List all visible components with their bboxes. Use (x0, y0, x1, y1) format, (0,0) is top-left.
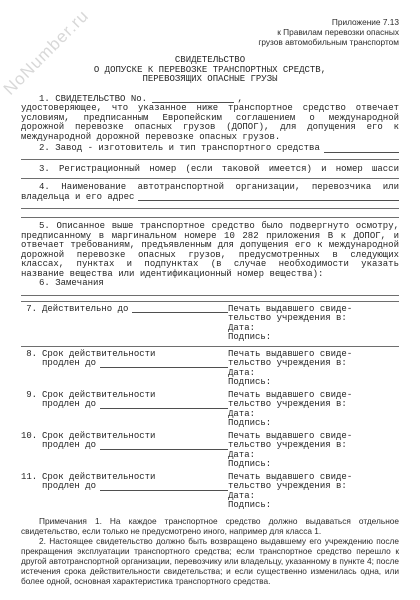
item6-blank-line-1 (21, 289, 399, 296)
extension-line2: продлен до (21, 441, 228, 451)
item5-body: 5. Описанное выше транспортное средство … (21, 222, 399, 279)
appendix-ref-line1: к Правилам перевозки опасных (21, 27, 399, 37)
extension-prolong-label: продлен до (42, 482, 96, 492)
extension-date-blank (100, 367, 228, 368)
extension-number: 11. (21, 473, 37, 483)
note-paragraph-2: 2. Настоящее свидетельство должно быть в… (21, 536, 399, 586)
extension-line2: продлен до (21, 400, 228, 410)
item2-blank-line (21, 154, 399, 160)
item7-block: 7.Действительно до Печать выдавшего свид… (21, 305, 399, 343)
doc-title-line3: ПЕРЕВОЗЯЩИХ ОПАСНЫЕ ГРУЗЫ (21, 75, 399, 85)
item1-label: 1. СВИДЕТЕЛЬСТВО No. (39, 94, 147, 104)
extension-left: 9.Срок действительности продлен до (21, 391, 228, 429)
item7-label: Действительно до (42, 305, 128, 315)
extension-row-9: 9.Срок действительности продлен до Печат… (21, 391, 399, 429)
extension-line2: продлен до (21, 482, 228, 492)
item4-line2-label: владельца и его адрес (21, 193, 134, 203)
extension-date-blank (100, 408, 228, 409)
notes-section: Примечания 1. На каждое транспортное сре… (21, 516, 399, 586)
item7-date-blank (132, 312, 228, 313)
extension-line2: продлен до (21, 359, 228, 369)
extension-row-10: 10.Срок действительности продлен до Печа… (21, 432, 399, 470)
extension-left: 11.Срок действительности продлен до (21, 473, 228, 511)
item4-line2: владельца и его адрес (21, 193, 399, 203)
item6-label: 6. Замечания (21, 279, 399, 289)
doc-title: СВИДЕТЕЛЬСТВО О ДОПУСКЕ К ПЕРЕВОЗКЕ ТРАН… (21, 56, 399, 85)
item7-number: 7. (21, 305, 37, 315)
extension-row-8: 8.Срок действительности продлен до Печат… (21, 350, 399, 388)
extension-date-blank (100, 490, 228, 491)
appendix-ref-line2: грузов автомобильным транспортом (21, 37, 399, 47)
extension-prolong-label: продлен до (42, 441, 96, 451)
stamp-sign-label: Подпись: (228, 378, 399, 388)
extension-date-blank (100, 449, 228, 450)
certificate-number-blank (152, 94, 234, 103)
extension-stamp-block: Печать выдавшего свиде- тельство учрежде… (228, 473, 399, 511)
extension-label: Срок действительности (42, 390, 155, 400)
item4-blank-line-2 (21, 209, 399, 218)
extension-left: 8.Срок действительности продлен до (21, 350, 228, 388)
item3-blank-line (21, 174, 399, 179)
extension-label: Срок действительности (42, 431, 155, 441)
extension-row-11: 11.Срок действительности продлен до Печа… (21, 473, 399, 511)
section-divider-line (21, 343, 399, 347)
document-page: NoNumber.ru Приложение 7.13 к Правилам п… (0, 0, 420, 600)
extension-prolong-label: продлен до (42, 359, 96, 369)
item2-line: 2. Завод - изготовитель и тип транспортн… (21, 144, 399, 154)
extension-label: Срок действительности (42, 349, 155, 359)
item7-line: 7.Действительно до (21, 305, 228, 315)
extension-stamp-block: Печать выдавшего свиде- тельство учрежде… (228, 432, 399, 470)
item2-blank (324, 152, 399, 153)
item4-blank-line-1 (21, 202, 399, 209)
extension-number: 10. (21, 432, 37, 442)
item1-suffix: , (237, 94, 242, 104)
extension-prolong-label: продлен до (42, 400, 96, 410)
appendix-header: Приложение 7.13 к Правилам перевозки опа… (21, 0, 399, 47)
stamp-sign-label: Подпись: (228, 460, 399, 470)
extension-number: 8. (21, 350, 37, 360)
stamp-sign-label: Подпись: (228, 333, 399, 343)
item3-label: 3. Регистрационный номер (если таковой и… (21, 165, 399, 175)
extension-left: 10.Срок действительности продлен до (21, 432, 228, 470)
item7-stamp-block: Печать выдавшего свиде- тельство учрежде… (228, 305, 399, 343)
extension-number: 9. (21, 391, 37, 401)
item6-blank-line-2 (21, 296, 399, 302)
stamp-sign-label: Подпись: (228, 419, 399, 429)
item2-label: 2. Завод - изготовитель и тип транспортн… (39, 144, 320, 154)
appendix-number: Приложение 7.13 (21, 17, 399, 27)
item7-left: 7.Действительно до (21, 305, 228, 343)
stamp-sign-label: Подпись: (228, 501, 399, 511)
item4-blank (138, 200, 399, 201)
note-paragraph-1: Примечания 1. На каждое транспортное сре… (21, 516, 399, 536)
extension-stamp-block: Печать выдавшего свиде- тельство учрежде… (228, 350, 399, 388)
extension-stamp-block: Печать выдавшего свиде- тельство учрежде… (228, 391, 399, 429)
extension-label: Срок действительности (42, 472, 155, 482)
item1-body: удостоверяющее, что указанное ниже транс… (21, 104, 399, 142)
